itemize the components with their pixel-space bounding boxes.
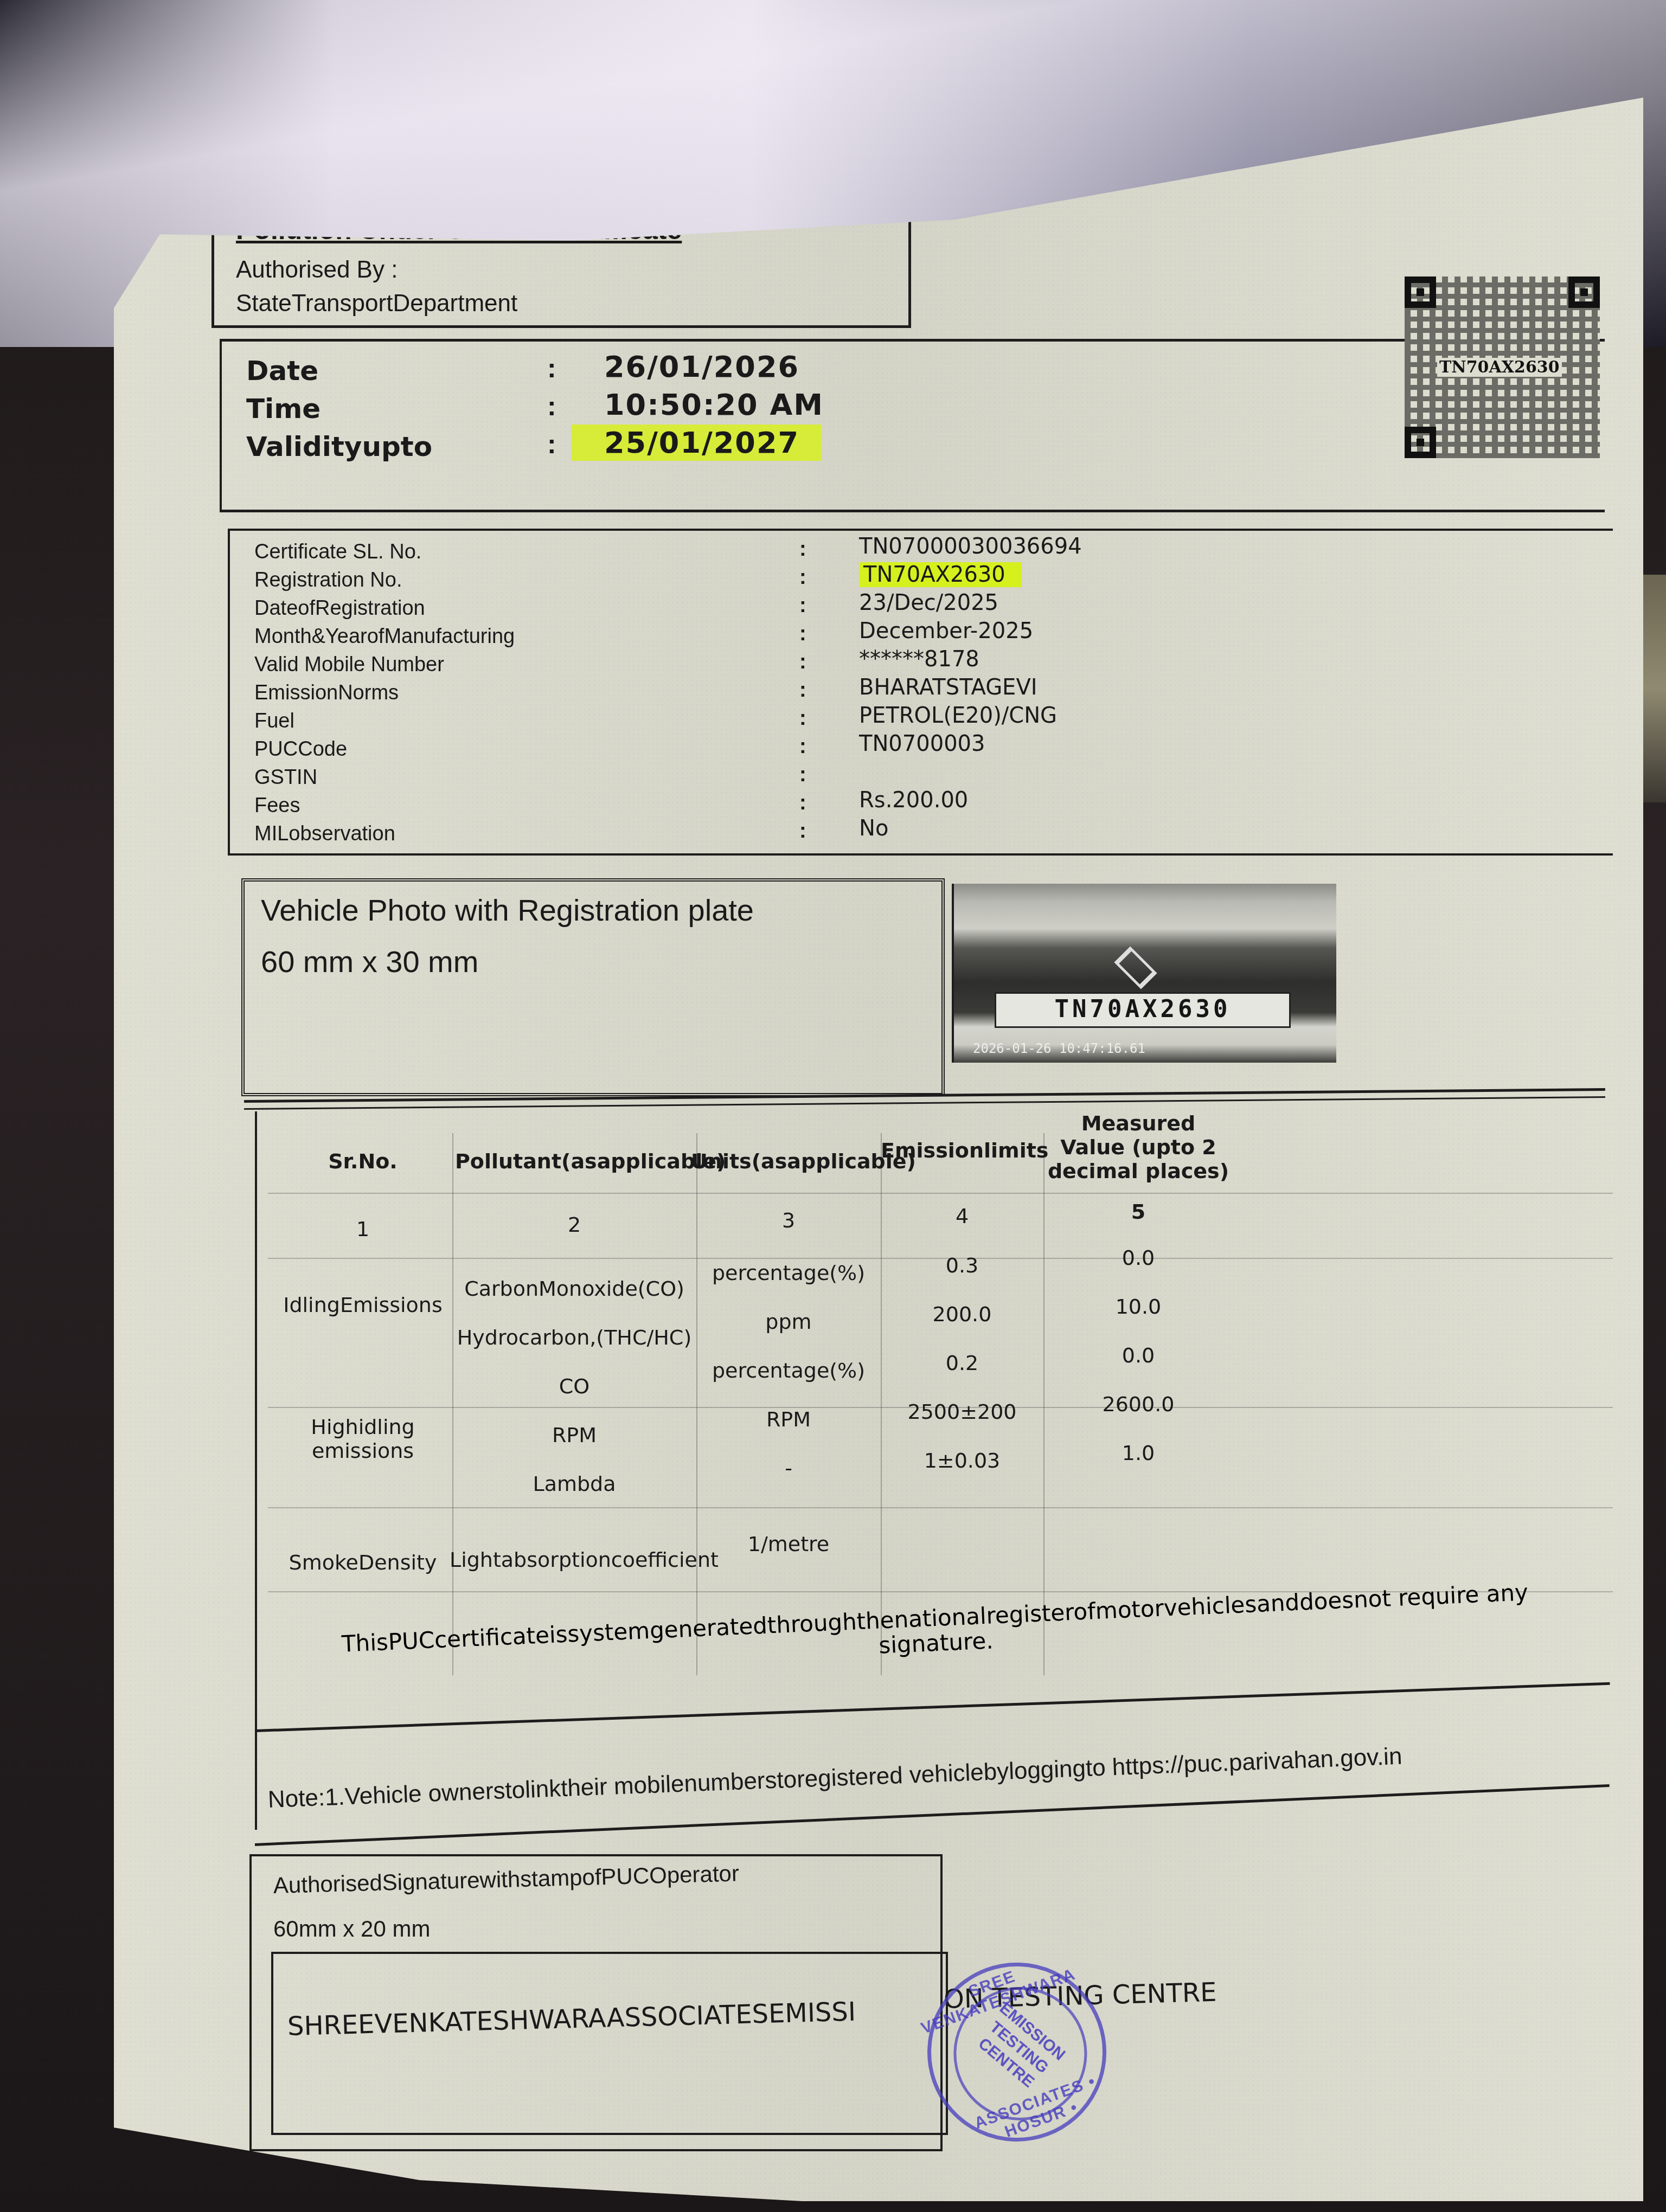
system-generated-disclaimer: ThisPUCcertificateissystemgeneratedthrou… xyxy=(338,1580,1533,1682)
authorised-by-label: Authorised By : xyxy=(236,256,398,284)
emission-table: ThisPUCcertificateissystemgeneratedthrou… xyxy=(255,1111,1624,1757)
table-column-number: 3 xyxy=(767,1208,810,1232)
detail-value: December-2025 xyxy=(859,619,1033,644)
detail-separator: : xyxy=(799,735,806,758)
puc-certificate-paper: Form 59 [Seerules115(2)] Pollution Under… xyxy=(114,98,1643,2201)
table-row-pollutant: Lambda xyxy=(450,1472,699,1496)
table-row-pollutant: CarbonMonoxide(CO) xyxy=(450,1277,699,1301)
table-column-number: 1 xyxy=(341,1217,385,1241)
qr-finder-pattern xyxy=(1568,276,1600,308)
time-separator: : xyxy=(547,390,556,422)
detail-separator: : xyxy=(799,792,806,815)
table-row-divider xyxy=(268,1193,1613,1194)
detail-value: ******8178 xyxy=(859,647,979,672)
detail-label: DateofRegistration xyxy=(254,597,425,620)
table-header-cell: Units(asapplicable) xyxy=(691,1149,886,1173)
table-header-cell: Pollutant(asapplicable) xyxy=(455,1149,694,1173)
table-group-label: Highidling emissions xyxy=(271,1415,455,1463)
table-column-number: 4 xyxy=(940,1204,984,1228)
table-column-number: 2 xyxy=(553,1213,596,1237)
car-logo-icon xyxy=(1114,946,1157,989)
registration-plate: TN70AX2630 xyxy=(995,992,1291,1028)
table-row-measured: 10.0 xyxy=(1014,1295,1263,1319)
table-row-pollutant: Hydrocarbon,(THC/HC) xyxy=(450,1326,699,1349)
table-row-measured: 0.0 xyxy=(1014,1343,1263,1367)
detail-value: PETROL(E20)/CNG xyxy=(859,703,1057,728)
date-value: 26/01/2026 xyxy=(604,350,799,384)
detail-label: EmissionNorms xyxy=(254,681,399,705)
detail-value: 23/Dec/2025 xyxy=(859,590,998,615)
detail-separator: : xyxy=(799,763,806,787)
table-column-divider xyxy=(696,1133,697,1675)
validity-value: 25/01/2027 xyxy=(604,426,821,460)
qr-embedded-text: TN70AX2630 xyxy=(1437,358,1562,377)
table-header-cell: Emissionlimits xyxy=(881,1139,1043,1162)
detail-label: Fuel xyxy=(254,710,294,733)
detail-value: TN70AX2630 xyxy=(859,562,1022,587)
detail-label: Registration No. xyxy=(254,569,402,592)
table-row-measured: 2600.0 xyxy=(1014,1392,1263,1416)
table-row-pollutant: RPM xyxy=(450,1423,699,1447)
detail-separator: : xyxy=(799,707,806,730)
detail-value: Rs.200.00 xyxy=(859,788,968,813)
table-header-cell: Measured Value (upto 2 decimal places) xyxy=(1046,1111,1231,1183)
detail-value: TN0700003 xyxy=(859,731,985,756)
table-row-unit: 1/metre xyxy=(664,1532,913,1556)
signature-inner-box xyxy=(271,1952,948,2135)
table-row-measured: 1.0 xyxy=(1014,1441,1263,1465)
detail-label: Month&YearofManufacturing xyxy=(254,625,515,648)
note-box: Note:1.Vehicle ownerstolinktheir mobilen… xyxy=(255,1754,1624,1830)
detail-separator: : xyxy=(799,820,806,843)
table-group-label: SmokeDensity xyxy=(271,1551,455,1574)
signature-label: AuthorisedSignaturewithstampofPUCOperato… xyxy=(273,1861,739,1899)
time-label: Time xyxy=(246,393,321,425)
table-row-measured: 0.0 xyxy=(1014,1246,1263,1270)
issue-info-box: Date : 26/01/2026 Time : 10:50:20 AM Val… xyxy=(220,339,1605,512)
table-row-pollutant: CO xyxy=(450,1374,699,1398)
table-row-divider xyxy=(268,1507,1613,1508)
detail-separator: : xyxy=(799,538,806,561)
detail-separator: : xyxy=(799,594,806,618)
date-separator: : xyxy=(547,352,556,384)
detail-label: Certificate SL. No. xyxy=(254,541,421,564)
detail-value-highlight: TN70AX2630 xyxy=(859,562,1022,587)
table-group-label: IdlingEmissions xyxy=(271,1293,455,1317)
table-column-divider xyxy=(452,1133,453,1675)
table-column-number: 5 xyxy=(1117,1200,1160,1224)
table-row-divider xyxy=(268,1591,1613,1592)
authorised-by-value: StateTransportDepartment xyxy=(236,290,517,317)
detail-label: Fees xyxy=(254,794,300,818)
vehicle-photo-caption-box: Vehicle Photo with Registration plate 60… xyxy=(241,878,945,1096)
validity-label: Validityupto xyxy=(246,431,432,462)
time-value: 10:50:20 AM xyxy=(604,388,824,422)
signature-size: 60mm x 20 mm xyxy=(273,1916,430,1942)
detail-value: TN07000030036694 xyxy=(859,534,1082,559)
validity-highlight: 25/01/2027 xyxy=(572,425,821,461)
photo-timestamp: 2026-01-26 10:47:16.61 xyxy=(973,1041,1145,1056)
vehicle-details-box: Certificate SL. No.:TN07000030036694Regi… xyxy=(228,529,1613,856)
validity-separator: : xyxy=(547,428,556,460)
detail-separator: : xyxy=(799,651,806,674)
detail-value: BHARATSTAGEVI xyxy=(859,675,1037,700)
detail-label: Valid Mobile Number xyxy=(254,653,444,677)
date-label: Date xyxy=(246,355,318,387)
detail-separator: : xyxy=(799,622,806,646)
table-header-cell: Sr.No. xyxy=(281,1149,444,1173)
detail-label: PUCCode xyxy=(254,738,347,761)
detail-separator: : xyxy=(799,679,806,702)
qr-finder-pattern xyxy=(1405,276,1436,308)
detail-separator: : xyxy=(799,566,806,589)
detail-value: No xyxy=(859,816,888,841)
qr-code-icon: TN70AX2630 xyxy=(1405,276,1600,458)
vehicle-photo-caption: Vehicle Photo with Registration plate xyxy=(261,892,754,928)
vehicle-photo: TN70AX2630 2026-01-26 10:47:16.61 xyxy=(952,884,1336,1063)
detail-label: MILobservation xyxy=(254,822,395,846)
qr-finder-pattern xyxy=(1405,427,1436,458)
table-row-pollutant: Lightabsorptioncoefficient xyxy=(450,1548,699,1572)
vehicle-photo-size: 60 mm x 30 mm xyxy=(261,944,478,979)
detail-label: GSTIN xyxy=(254,766,317,789)
